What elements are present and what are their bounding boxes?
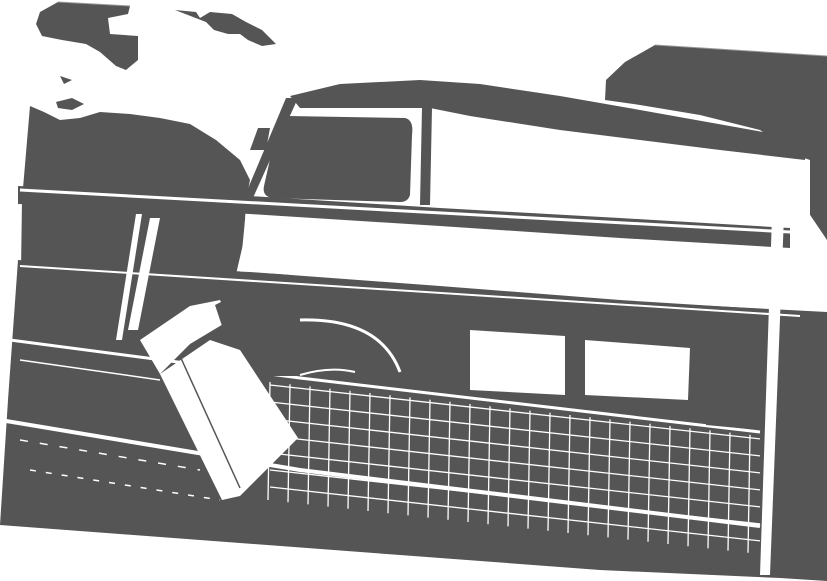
truck-photo bbox=[0, 0, 827, 581]
sky-clouds bbox=[36, 2, 276, 110]
truck-cab-window bbox=[264, 116, 413, 202]
photo-border bbox=[58, 2, 827, 56]
